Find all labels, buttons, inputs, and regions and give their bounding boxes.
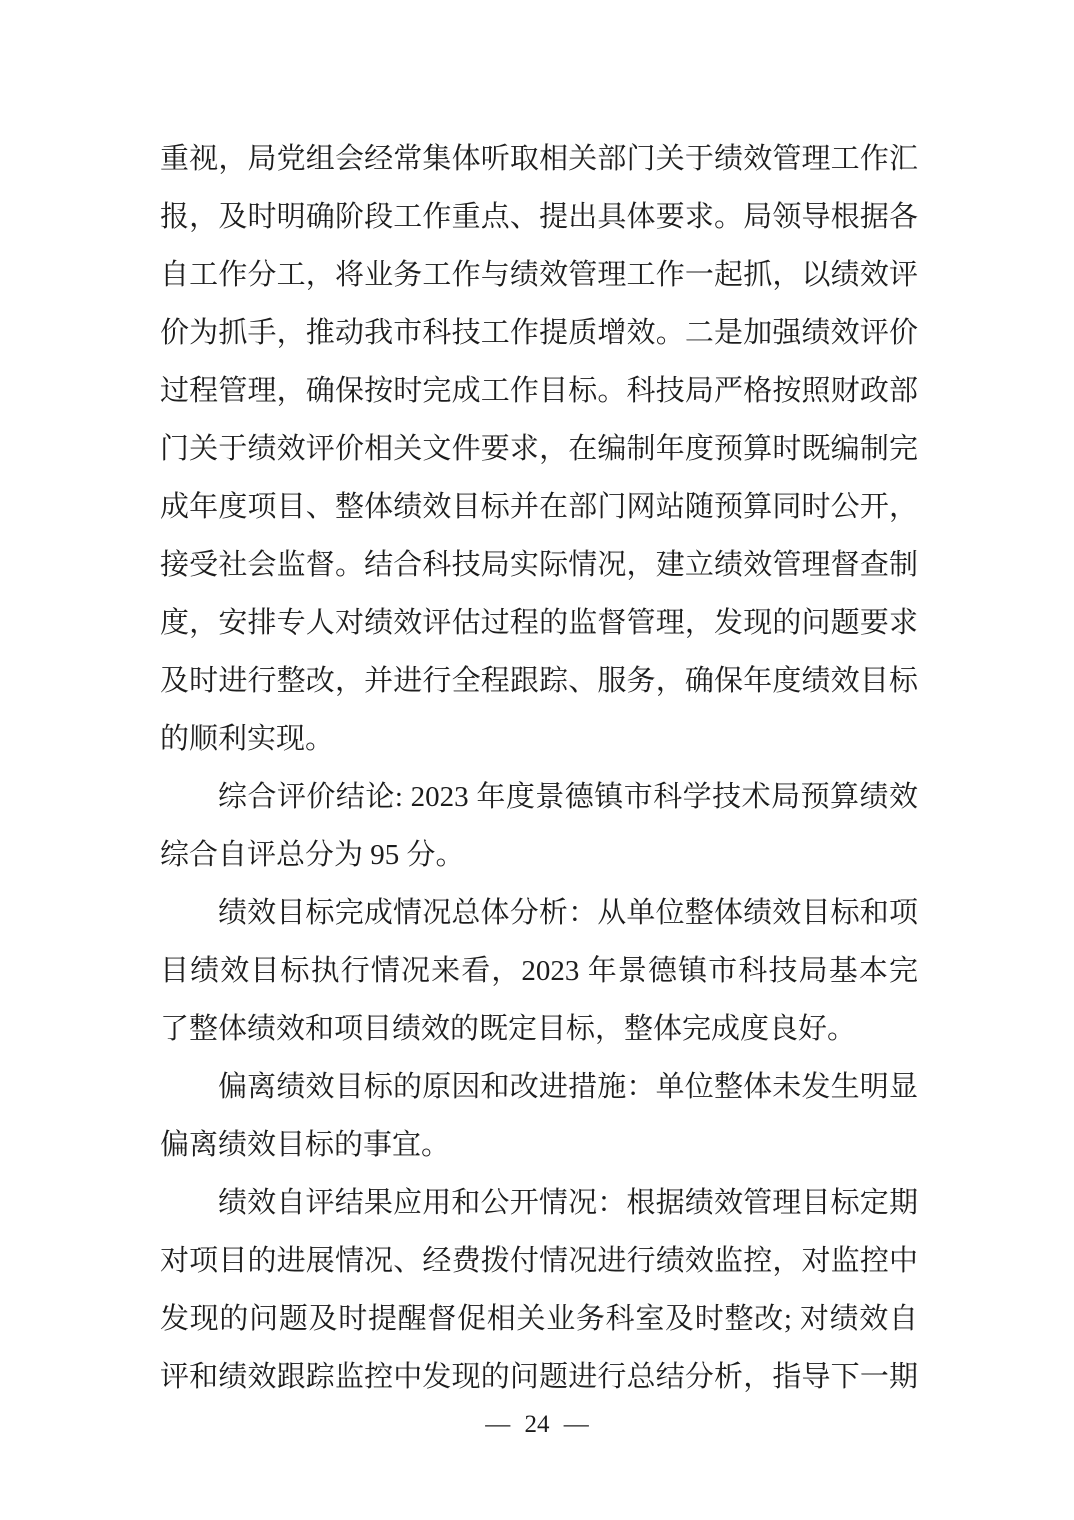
- text-line: 综合评价结论: 2023 年度景德镇市科学技术局预算绩效: [160, 768, 918, 826]
- text-line: 目绩效目标执行情况来看，2023 年景德镇市科技局基本完成: [160, 942, 918, 1000]
- text-line: 价为抓手，推动我市科技工作提质增效。二是加强绩效评价: [160, 304, 918, 362]
- text-line: 重视，局党组会经常集体听取相关部门关于绩效管理工作汇: [160, 130, 918, 188]
- text-line: 度，安排专人对绩效评估过程的监督管理，发现的问题要求: [160, 594, 918, 652]
- text-line: 绩效自评结果应用和公开情况：根据绩效管理目标定期: [160, 1174, 918, 1232]
- text-line: 接受社会监督。结合科技局实际情况，建立绩效管理督查制: [160, 536, 918, 594]
- text-line: 综合自评总分为 95 分。: [160, 826, 918, 884]
- text-line: 门关于绩效评价相关文件要求，在编制年度预算时既编制完: [160, 420, 918, 478]
- document-body: 重视，局党组会经常集体听取相关部门关于绩效管理工作汇报，及时明确阶段工作重点、提…: [160, 130, 918, 1406]
- text-line: 评和绩效跟踪监控中发现的问题进行总结分析，指导下一期: [160, 1348, 918, 1406]
- text-line: 偏离绩效目标的事宜。: [160, 1116, 918, 1174]
- page-number: — 24 —: [0, 1403, 1074, 1447]
- document-page: 重视，局党组会经常集体听取相关部门关于绩效管理工作汇报，及时明确阶段工作重点、提…: [0, 0, 1074, 1520]
- text-line: 了整体绩效和项目绩效的既定目标，整体完成度良好。: [160, 1000, 918, 1058]
- text-line: 过程管理，确保按时完成工作目标。科技局严格按照财政部: [160, 362, 918, 420]
- text-line: 成年度项目、整体绩效目标并在部门网站随预算同时公开，: [160, 478, 918, 536]
- text-line: 发现的问题及时提醒督促相关业务科室及时整改; 对绩效自: [160, 1290, 918, 1348]
- text-line: 对项目的进展情况、经费拨付情况进行绩效监控，对监控中: [160, 1232, 918, 1290]
- text-line: 报，及时明确阶段工作重点、提出具体要求。局领导根据各: [160, 188, 918, 246]
- text-line: 及时进行整改，并进行全程跟踪、服务，确保年度绩效目标: [160, 652, 918, 710]
- text-line: 自工作分工，将业务工作与绩效管理工作一起抓，以绩效评: [160, 246, 918, 304]
- text-line: 绩效目标完成情况总体分析：从单位整体绩效目标和项: [160, 884, 918, 942]
- text-line: 的顺利实现。: [160, 710, 918, 768]
- text-line: 偏离绩效目标的原因和改进措施：单位整体未发生明显: [160, 1058, 918, 1116]
